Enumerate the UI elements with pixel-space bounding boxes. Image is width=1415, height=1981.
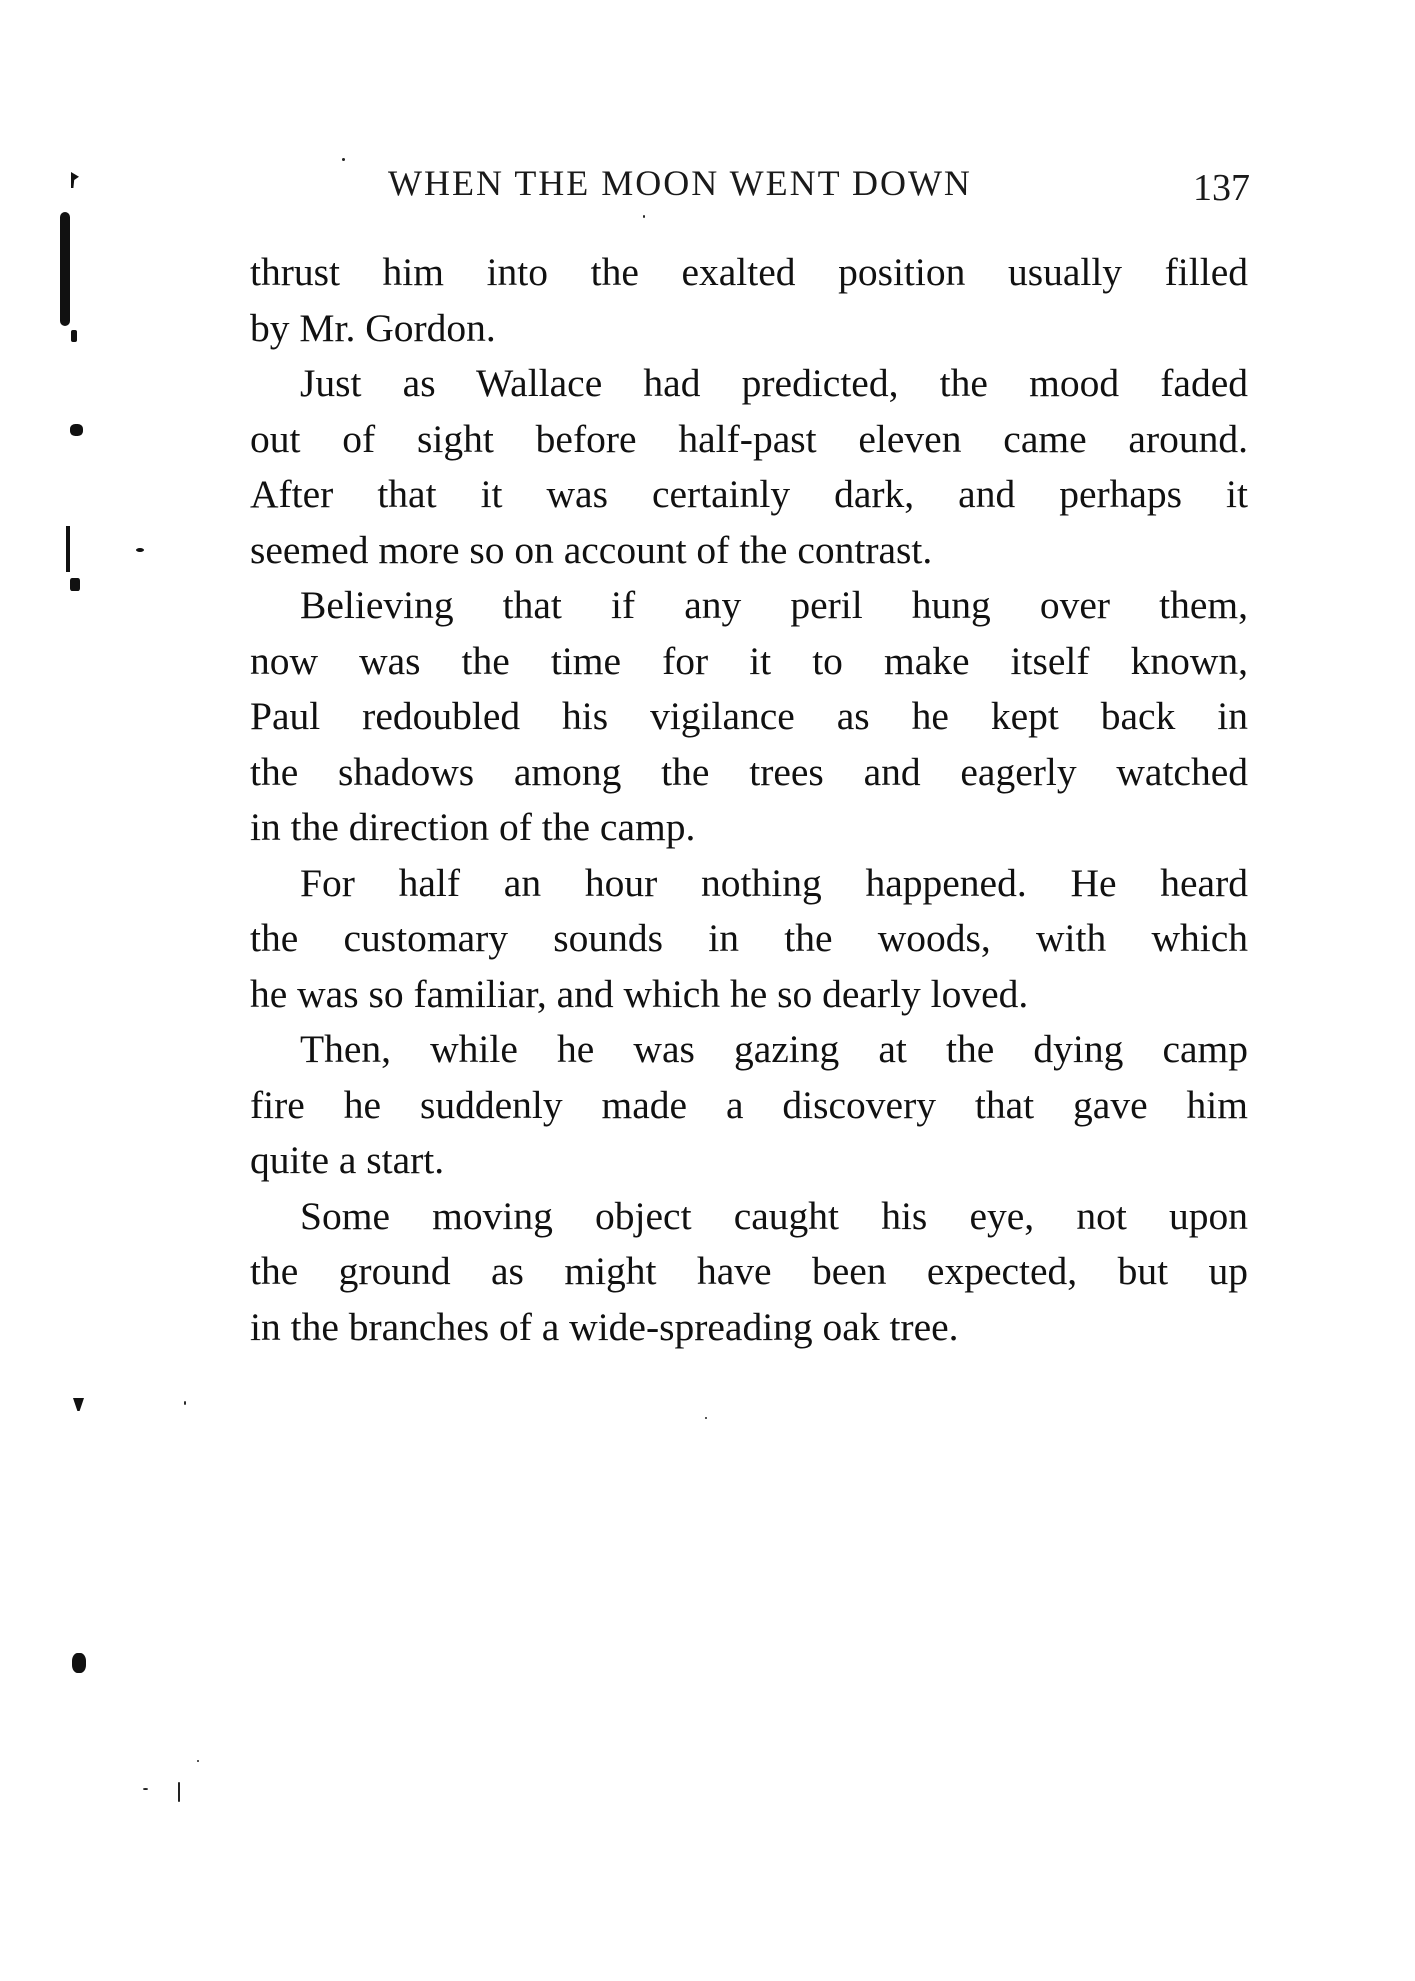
scan-mark <box>72 1653 86 1673</box>
text-line: the customary sounds in the woods, with … <box>250 911 1248 967</box>
scan-mark <box>136 548 144 552</box>
text-line: the shadows among the trees and eagerly … <box>250 745 1248 801</box>
text-line: Paul redoubled his vigilance as he kept … <box>250 689 1248 745</box>
scan-speck <box>178 1782 180 1802</box>
text-line: the ground as might have been expected, … <box>250 1244 1248 1300</box>
text-line: Some moving object caught his eye, not u… <box>250 1189 1248 1245</box>
scan-mark <box>71 330 77 342</box>
scan-speck <box>197 1760 199 1762</box>
text-line: Just as Wallace had predicted, the mood … <box>250 356 1248 412</box>
running-title: WHEN THE MOON WENT DOWN <box>388 162 972 204</box>
text-line: seemed more so on account of the contras… <box>250 523 1248 579</box>
text-line: Believing that if any peril hung over th… <box>250 578 1248 634</box>
scan-speck <box>342 158 345 161</box>
text-line: thrust him into the exalted position usu… <box>250 245 1248 301</box>
scan-speck <box>143 1788 148 1790</box>
scan-mark <box>70 424 83 436</box>
scan-speck <box>184 1401 186 1405</box>
text-line: Then, while he was gazing at the dying c… <box>250 1022 1248 1078</box>
scan-speck <box>643 215 645 218</box>
text-line: quite a start. <box>250 1133 1248 1189</box>
body-text: thrust him into the exalted position usu… <box>250 245 1248 1355</box>
scan-speck <box>705 1417 707 1419</box>
text-line: he was so familiar, and which he so dear… <box>250 967 1248 1023</box>
text-line: fire he suddenly made a discovery that g… <box>250 1078 1248 1134</box>
page-number: 137 <box>1193 166 1250 210</box>
scan-mark <box>60 212 70 326</box>
text-line: now was the time for it to make itself k… <box>250 634 1248 690</box>
scan-mark <box>73 1398 84 1411</box>
text-line: by Mr. Gordon. <box>250 301 1248 357</box>
scan-mark <box>71 172 79 188</box>
book-page: WHEN THE MOON WENT DOWN 137 thrust him i… <box>0 0 1415 1981</box>
text-line: in the branches of a wide-spreading oak … <box>250 1300 1248 1356</box>
text-line: After that it was certainly dark, and pe… <box>250 467 1248 523</box>
text-line: For half an hour nothing happened. He he… <box>250 856 1248 912</box>
scan-mark <box>70 578 80 591</box>
text-line: out of sight before half-past eleven cam… <box>250 412 1248 468</box>
scan-mark <box>66 526 70 572</box>
text-line: in the direction of the camp. <box>250 800 1248 856</box>
running-header: WHEN THE MOON WENT DOWN 137 <box>388 162 1250 212</box>
